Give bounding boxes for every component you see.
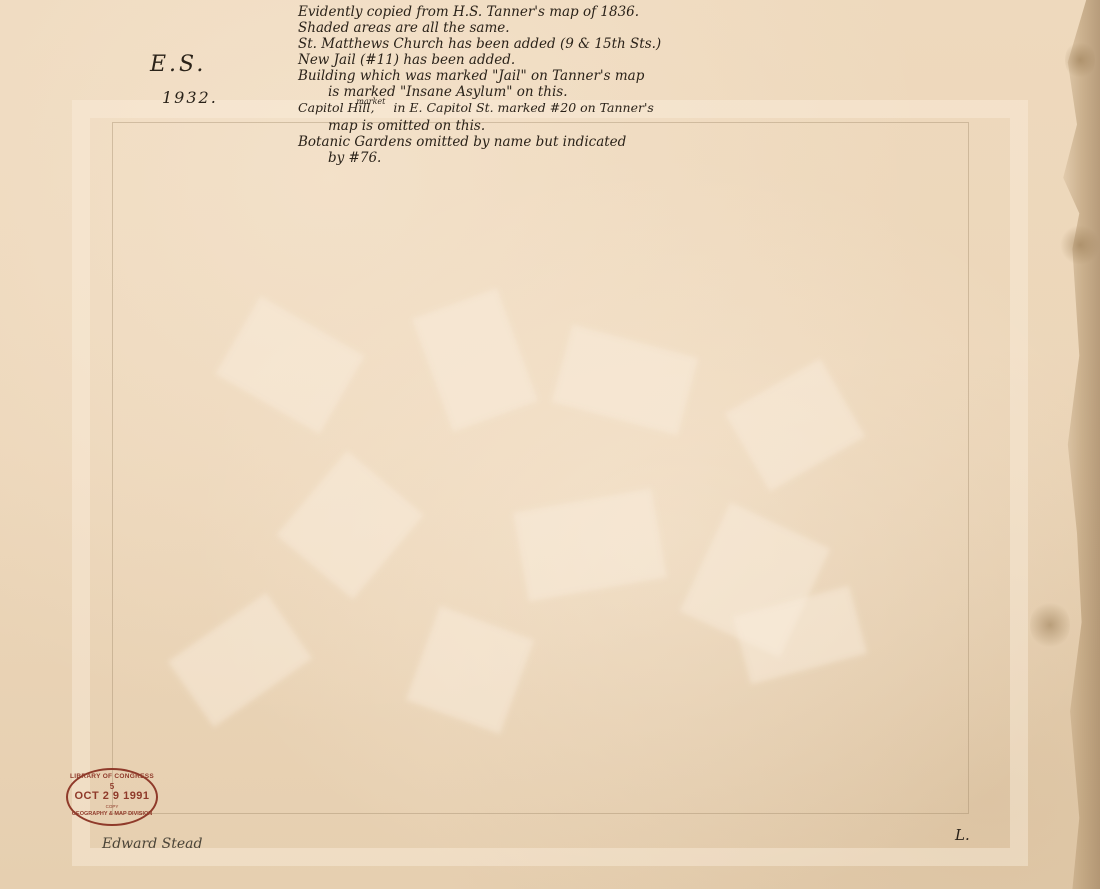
note-line: New Jail (#11) has been added. xyxy=(298,52,768,68)
stamp-division: GEOGRAPHY & MAP DIVISION xyxy=(68,811,156,817)
stamp-date: OCT 2 9 1991 xyxy=(68,790,156,802)
water-stain xyxy=(1060,225,1100,265)
note-line: Building which was marked "Jail" on Tann… xyxy=(298,68,768,84)
handwritten-notes: Evidently copied from H.S. Tanner's map … xyxy=(298,4,768,166)
note-line: St. Matthews Church has been added (9 & … xyxy=(298,36,768,52)
note-line: map is omitted on this. xyxy=(298,118,768,134)
note-line: Botanic Gardens omitted by name but indi… xyxy=(298,134,768,150)
annotation-year: 1932. xyxy=(162,88,218,107)
note-line: Evidently copied from H.S. Tanner's map … xyxy=(298,4,768,20)
stamp-copy: COPY xyxy=(68,804,156,809)
stamp-institution: LIBRARY OF CONGRESS xyxy=(68,773,156,780)
neatline-bleedthrough xyxy=(112,122,969,814)
library-of-congress-stamp: LIBRARY OF CONGRESS 5 OCT 2 9 1991 COPY … xyxy=(66,768,158,826)
note-line: by #76. xyxy=(298,150,768,166)
caret-insert-word: market xyxy=(356,97,385,106)
note-line-with-insert: Capitol Hill, market in E. Capitol St. m… xyxy=(298,100,768,118)
water-stain xyxy=(1065,40,1095,80)
initials: E.S. xyxy=(150,52,206,77)
note-suffix: in E. Capitol St. marked #20 on Tanner's xyxy=(393,100,653,115)
water-stain xyxy=(1030,600,1070,650)
corner-mark: L. xyxy=(955,826,970,844)
note-line: Shaded areas are all the same. xyxy=(298,20,768,36)
signature: Edward Stead xyxy=(102,836,202,852)
